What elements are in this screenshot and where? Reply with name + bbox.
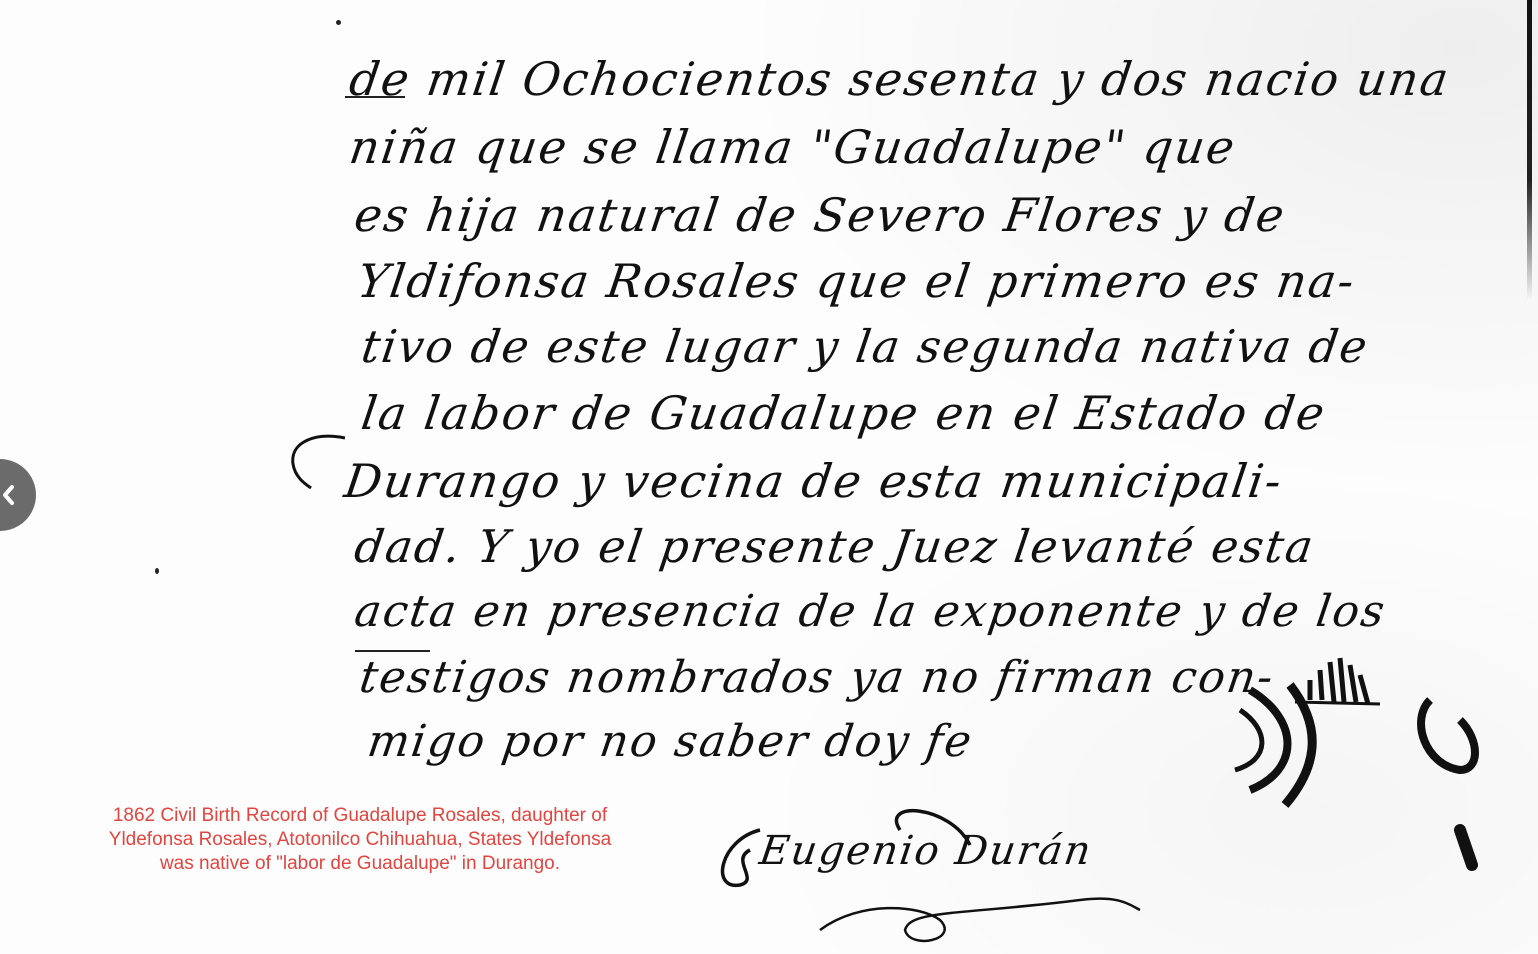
- caption-line-3: was native of "labor de Guadalupe" in Du…: [40, 852, 680, 876]
- document-viewer: de mil Ochocientos sesenta y dos nacio u…: [0, 0, 1538, 954]
- document-line-10: testigos nombrados ya no firman con-: [356, 652, 1278, 703]
- signature-block: Eugenio Durán: [700, 790, 1160, 954]
- caption-line-2: Yldefonsa Rosales, Atotonilco Chihuahua,…: [40, 828, 680, 852]
- margin-flourish: [285, 432, 355, 492]
- document-line-2: niña que se llama "Guadalupe" que: [346, 120, 1239, 174]
- chevron-left-icon: [2, 483, 14, 507]
- margin-rule: [345, 96, 405, 98]
- document-line-7: Durango y vecina de esta municipali-: [341, 454, 1286, 508]
- caption-line-1: 1862 Civil Birth Record of Guadalupe Ros…: [40, 804, 680, 828]
- document-line-6: la labor de Guadalupe en el Estado de: [358, 386, 1329, 440]
- document-line-8: dad. Y yo el presente Juez levanté esta: [351, 520, 1318, 573]
- signature-name: Eugenio Durán: [757, 828, 1096, 874]
- image-caption: 1862 Civil Birth Record of Guadalupe Ros…: [40, 804, 680, 876]
- ink-speck: [336, 20, 341, 25]
- document-line-11: migo por no saber doy fe: [364, 716, 976, 767]
- document-line-5: tivo de este lugar y la segunda nativa d…: [358, 320, 1372, 373]
- previous-button[interactable]: [0, 459, 36, 531]
- document-line-3: es hija natural de Severo Flores y de: [351, 188, 1289, 242]
- scan-page-edge: [1527, 0, 1532, 300]
- rubric-flourish: [1210, 620, 1510, 880]
- document-line-1: de mil Ochocientos sesenta y dos nacio u…: [346, 52, 1453, 106]
- ink-speck: [155, 568, 159, 574]
- document-line-4: Yldifonsa Rosales que el primero es na-: [354, 254, 1359, 308]
